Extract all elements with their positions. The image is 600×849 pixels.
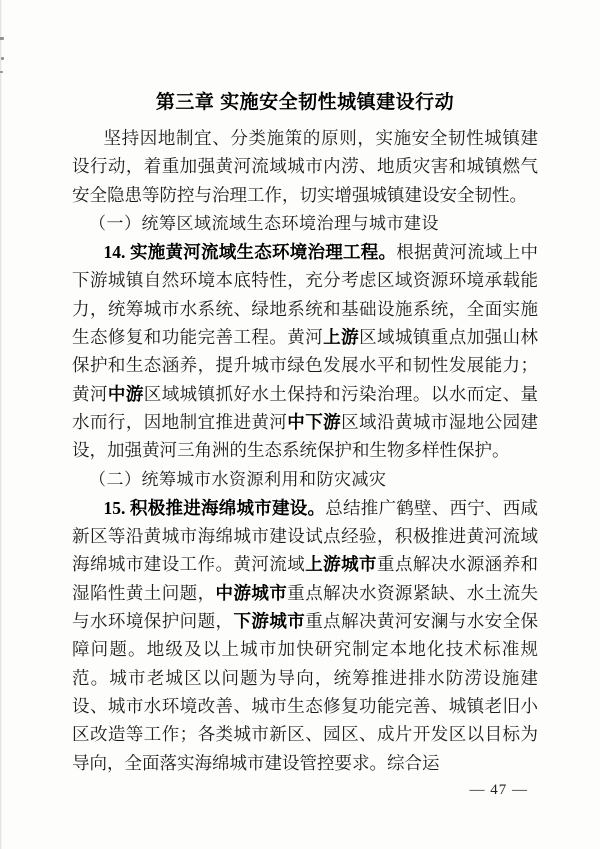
text-run: 坚持因地制宜、分类施策的原则，实施安全韧性城镇建设行动，着重加强黄河流域城市内涝… [72,128,538,205]
bold-text-run: 上游 [323,327,359,347]
bold-text-run: 中下游 [287,412,341,432]
bold-text-run: 上游城市 [305,554,377,574]
scan-speck [1,57,4,60]
page-number: — 47 — [470,782,529,799]
page-content: 第三章 实施安全韧性城镇建设行动 坚持因地制宜、分类施策的原则，实施安全韧性城镇… [72,90,538,777]
bold-text-run: 下游城市 [233,611,305,631]
section-heading: （二）统筹城市水资源利用和防灾减灾 [72,466,538,494]
text-run: （二）统筹城市水资源利用和防灾减灾 [89,470,387,489]
text-run: （一）统筹区域流域生态环境治理与城市建设 [89,214,439,233]
scan-speck [0,37,4,40]
bold-text-run: 15. 积极推进海绵城市建设。 [104,498,326,518]
text-run: 重点解决黄河安澜与水安全保障问题。地级及以上城市加快研究制定本地化技术标准规范。… [72,611,538,772]
paragraph: 14. 实施黄河流域生态环境治理工程。根据黄河流域上中下游城镇自然环境本底特性，… [72,238,538,464]
bold-text-run: 中游 [108,384,144,404]
chapter-title: 第三章 实施安全韧性城镇建设行动 [72,90,538,116]
section-heading: （一）统筹区域流域生态环境治理与城市建设 [72,210,538,238]
document-page: 第三章 实施安全韧性城镇建设行动 坚持因地制宜、分类施策的原则，实施安全韧性城镇… [0,0,600,849]
scan-edge-artifact [0,0,2,849]
document-body: 坚持因地制宜、分类施策的原则，实施安全韧性城镇建设行动，着重加强黄河流域城市内涝… [72,124,538,777]
scan-speck [0,71,3,73]
paragraph: 15. 积极推进海绵城市建设。总结推广鹤壁、西宁、西咸新区等沿黄城市海绵城市建设… [72,494,538,777]
paragraph: 坚持因地制宜、分类施策的原则，实施安全韧性城镇建设行动，着重加强黄河流域城市内涝… [72,124,538,209]
bold-text-run: 14. 实施黄河流域生态环境治理工程。 [104,242,397,262]
bold-text-run: 中游城市 [216,583,288,603]
